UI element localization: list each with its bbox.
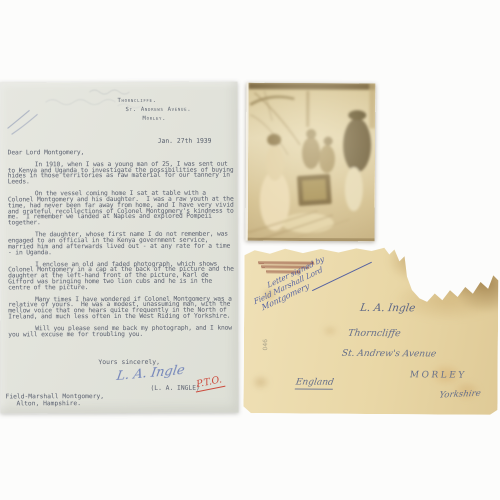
typed-letter: Thorncliffe. St. Andrews Avenue. Morley.… (0, 82, 239, 414)
paragraph: Will you please send me back my photogra… (8, 326, 234, 338)
letter-body: Dear Lord Montgomery, In 1910, when I wa… (8, 150, 235, 345)
letterhead-line-2: St. Andrews Avenue. (126, 107, 192, 113)
photograph-of-documents: Thorncliffe. St. Andrews Avenue. Morley.… (0, 0, 500, 500)
typed-signature-name: (L. A. INGLE) (150, 385, 199, 392)
envelope: Letter signed by Field Marshall LordMont… (243, 245, 498, 415)
paragraph: In 1910, when I was a young man of 25, I… (8, 161, 234, 185)
address-line-1: Thorncliffe (347, 328, 401, 339)
pencil-mark: 046 (262, 339, 269, 351)
address-line-2: St. Andrew's Avenue (341, 349, 437, 360)
paragraph: Many times I have wondered if Colonel Mo… (8, 296, 234, 320)
letterhead-line-3: Morley. (143, 116, 167, 122)
stain-spot (322, 326, 338, 336)
photo-image (248, 83, 376, 242)
address-line-4: Yorkshire (439, 389, 482, 401)
ship-deck-photograph (246, 83, 376, 242)
address-name: L. A. Ingle (359, 302, 416, 314)
paragraph: On the vessel coming home I sat at table… (8, 191, 234, 227)
stain-spot (252, 375, 270, 389)
paragraph: The daughter, whose first name I do not … (8, 232, 234, 256)
paragraph: I enclose an old and faded photograph, w… (8, 261, 234, 291)
address-line-3: MORLEY (409, 370, 467, 380)
address-country: England (295, 377, 335, 389)
salutation: Dear Lord Montgomery, (8, 150, 234, 157)
letter-date: Jan. 27th 1939 (158, 137, 212, 145)
pto-note: P.T.O. (193, 374, 225, 393)
letterhead-line-1: Thorncliffe. (117, 98, 156, 104)
addressee-line-2: Alton, Hampshire. (17, 400, 81, 407)
blue-corner-mark (3, 98, 47, 138)
